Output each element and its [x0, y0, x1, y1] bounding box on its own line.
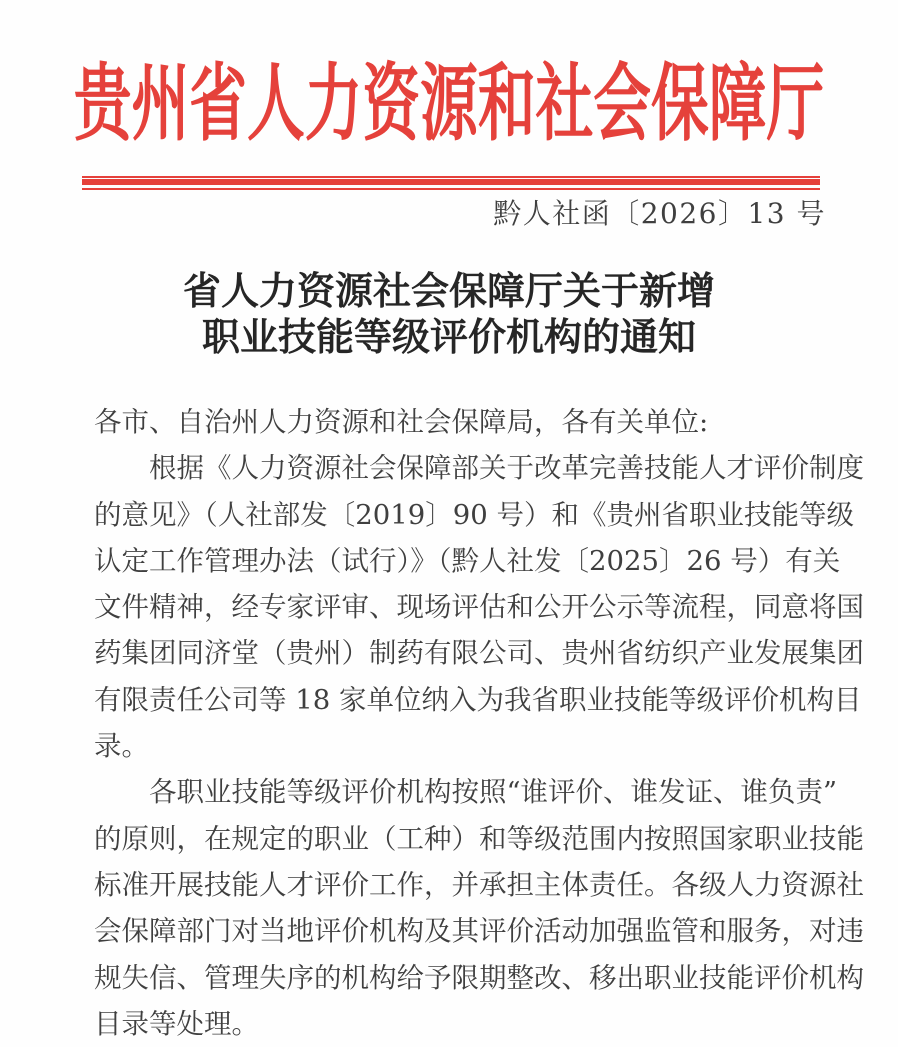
divider-line-thin-top — [82, 176, 820, 178]
body-line: 有限责任公司等 18 家单位纳入为我省职业技能等级评价机构目 — [94, 677, 822, 723]
document-page: 贵州省人力资源和社会保障厅 黔人社函〔2026〕13 号 省人力资源社会保障厅关… — [0, 0, 898, 1047]
body-line: 规失信、管理失序的机构给予限期整改、移出职业技能评价机构 — [94, 955, 822, 1001]
notice-title: 省人力资源社会保障厅关于新增 职业技能等级评价机构的通知 — [0, 268, 898, 360]
body-line: 录。 — [94, 723, 822, 769]
body-line: 各职业技能等级评价机构按照“谁评价、谁发证、谁负责” — [94, 769, 822, 815]
body-line: 认定工作管理办法（试行）》（黔人社发〔2025〕26 号）有关 — [94, 538, 822, 584]
letterhead-divider — [82, 176, 820, 190]
body-line: 的原则，在规定的职业（工种）和等级范围内按照国家职业技能 — [94, 816, 822, 862]
notice-title-line1: 省人力资源社会保障厅关于新增 — [183, 268, 715, 313]
letterhead-title: 贵州省人力资源和社会保障厅 — [74, 37, 824, 158]
body-line: 根据《人力资源社会保障部关于改革完善技能人才评价制度 — [94, 445, 822, 491]
salutation-line: 各市、自治州人力资源和社会保障局，各有关单位: — [94, 399, 822, 445]
letterhead: 贵州省人力资源和社会保障厅 黔人社函〔2026〕13 号 — [0, 46, 898, 230]
body-line: 文件精神，经专家评审、现场评估和公开公示等流程，同意将国 — [94, 584, 822, 630]
document-number: 黔人社函〔2026〕13 号 — [0, 198, 826, 230]
body-line: 的意见》（人社部发〔2019〕90 号）和《贵州省职业技能等级 — [94, 492, 822, 538]
body-line: 会保障部门对当地评价机构及其评价活动加强监管和服务，对违 — [94, 908, 822, 954]
divider-line-thin-bottom — [82, 188, 820, 190]
body-line: 标准开展技能人才评价工作，并承担主体责任。各级人力资源社 — [94, 862, 822, 908]
notice-title-line2: 职业技能等级评价机构的通知 — [202, 314, 696, 359]
body-line: 目录等处理。 — [94, 1001, 822, 1047]
body-line: 药集团同济堂（贵州）制药有限公司、贵州省纺织产业发展集团 — [94, 630, 822, 676]
notice-body: 各市、自治州人力资源和社会保障局，各有关单位: 根据《人力资源社会保障部关于改革… — [94, 399, 822, 1047]
letterhead-banner: 贵州省人力资源和社会保障厅 — [0, 46, 898, 148]
divider-line-thick — [82, 179, 820, 185]
